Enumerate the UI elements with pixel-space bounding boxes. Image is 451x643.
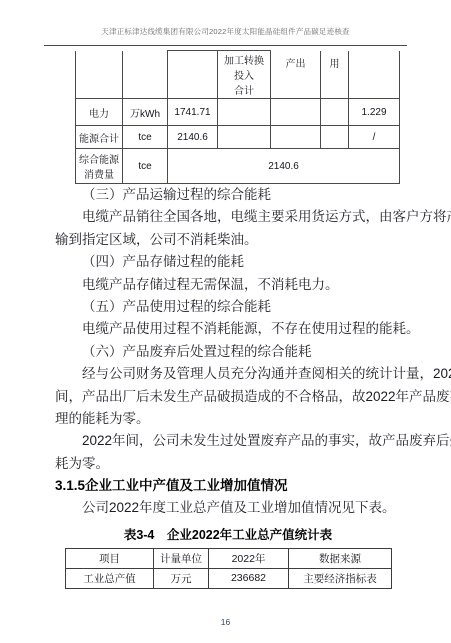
- table-row-header-continued: 加工转换投入 合计 产出 用: [76, 51, 400, 99]
- header-cell-year: 2022年: [209, 548, 289, 568]
- body-line: 电缆产品销往全国各地，电缆主要采用货运方式，由客户方将产品运: [55, 206, 401, 228]
- cell-conversion-total: 加工转换投入 合计: [218, 51, 271, 99]
- body-line: 间，产品出厂后未发生产品破损造成的不合格品，故2022年产品废弃后处: [55, 386, 401, 408]
- cell-unit: 万元: [154, 568, 209, 588]
- cell-use-header: 用: [321, 51, 349, 99]
- table-row-industrial-output: 工业总产值 万元 236682 主要经济指标表: [66, 568, 392, 588]
- cell-last-value: /: [349, 126, 400, 149]
- cell-empty: [321, 99, 349, 126]
- cell-empty: [321, 126, 349, 149]
- industrial-output-table: 项目 计量单位 2022年 数据来源 工业总产值 万元 236682 主要经济指…: [65, 548, 392, 589]
- body-line: 理的能耗为零。: [55, 408, 401, 430]
- body-line: （六）产品废弃后处置过程的综合能耗: [55, 341, 401, 363]
- cell-empty: [218, 126, 271, 149]
- body-line: 经与公司财务及管理人员充分沟通并查阅相关的统计计量，2022年: [55, 363, 401, 385]
- cell-purchased-value: 1741.71: [168, 99, 218, 126]
- table-row-comprehensive-energy: 综合能源消费量 tce 2140.6: [76, 149, 400, 184]
- cell-source: 主要经济指标表: [289, 568, 392, 588]
- running-header: 天津正标津达线缆集团有限公司2022年度太阳能晶硅组件产品碳足迹核查: [44, 26, 407, 46]
- cell-purchased-value: 2140.6: [168, 126, 218, 149]
- body-content: （三）产品运输过程的综合能耗 电缆产品销往全国各地，电缆主要采用货运方式，由客户…: [55, 184, 401, 589]
- header-cell-item: 项目: [66, 548, 154, 568]
- energy-consumption-table: 加工转换投入 合计 产出 用 电力 万kWh 1741.71 1.229 能源合…: [75, 50, 400, 184]
- body-line: （三）产品运输过程的综合能耗: [55, 184, 401, 206]
- cell-item: 工业总产值: [66, 568, 154, 588]
- cell-energy-name: 综合能源消费量: [76, 149, 123, 184]
- running-header-title: 天津正标津达线缆集团有限公司2022年度太阳能晶硅组件产品碳足迹核查: [101, 27, 349, 36]
- document-page: 天津正标津达线缆集团有限公司2022年度太阳能晶硅组件产品碳足迹核查 加工转换投…: [0, 0, 451, 643]
- conversion-line2: 合计: [220, 82, 268, 97]
- body-line: 电缆产品使用过程不消耗能源，不存在使用过程的能耗。: [55, 318, 401, 340]
- cell-empty: [271, 99, 321, 126]
- section-intro-line: 公司2022年度工业总产值及工业增加值情况见下表。: [55, 497, 401, 519]
- body-line: 2022年间，公司未发生过处置废弃产品的事实，故产品废弃后处置能: [55, 430, 401, 452]
- cell-unit: tce: [123, 126, 168, 149]
- header-cell-source: 数据来源: [289, 548, 392, 568]
- cell-empty: [349, 51, 400, 99]
- cell-output-header: 产出: [271, 51, 321, 99]
- table-row-energy-total: 能源合计 tce 2140.6 /: [76, 126, 400, 149]
- cell-unit: tce: [123, 149, 168, 184]
- cell-unit: 万kWh: [123, 99, 168, 126]
- cell-value: 236682: [209, 568, 289, 588]
- body-line: 耗为零。: [55, 453, 401, 475]
- cell-empty: [218, 99, 271, 126]
- table-row-electricity: 电力 万kWh 1741.71 1.229: [76, 99, 400, 126]
- table-row-header: 项目 计量单位 2022年 数据来源: [66, 548, 392, 568]
- cell-empty: [168, 51, 218, 99]
- cell-empty: [123, 51, 168, 99]
- body-line: （五）产品使用过程的综合能耗: [55, 296, 401, 318]
- conversion-line1: 加工转换投入: [220, 52, 268, 82]
- body-line: 电缆产品存储过程无需保温，不消耗电力。: [55, 274, 401, 296]
- cell-empty: [271, 126, 321, 149]
- cell-energy-name: 能源合计: [76, 126, 123, 149]
- section-heading-3-1-5: 3.1.5企业工业中产值及工业增加值情况: [55, 475, 401, 497]
- body-line: 输到指定区域，公司不消耗柴油。: [55, 229, 401, 251]
- cell-energy-name: 电力: [76, 99, 123, 126]
- cell-empty: [76, 51, 123, 99]
- table-3-4-caption: 表3-4 企业2022年工业总产值统计表: [55, 527, 401, 543]
- header-cell-unit: 计量单位: [154, 548, 209, 568]
- cell-merged-total: 2140.6: [168, 149, 400, 184]
- page-number: 16: [0, 617, 451, 627]
- body-line: （四）产品存储过程的能耗: [55, 251, 401, 273]
- cell-last-value: 1.229: [349, 99, 400, 126]
